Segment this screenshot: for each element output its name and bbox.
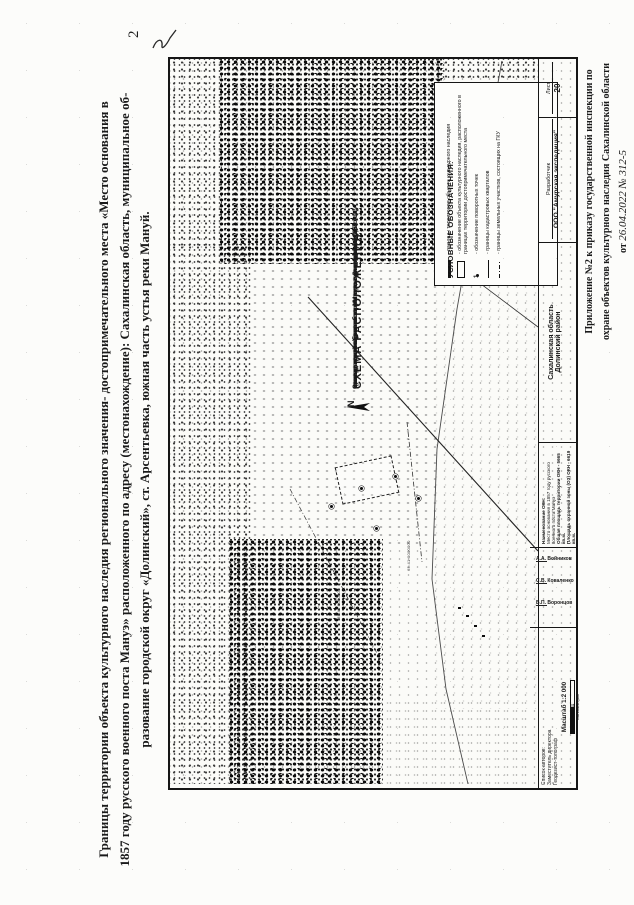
appendix-line2: охране объектов культурного наследия Сах… [599,55,616,348]
appendix-handwritten-date: 26.04.2022 [617,191,629,241]
scale-tick-max: 0,1 [570,704,576,711]
turning-point [360,487,363,490]
pen-mark [150,26,180,54]
quarter-line-symbol [485,254,492,278]
building-mark [466,615,469,617]
cadastral-number-label2: 65:41:0000000 [336,575,341,619]
parcel-dashdot-symbol [496,254,503,278]
role-geodesist: Геодезист-топограф [553,629,559,785]
sheet-cell: Лист 20 [546,62,562,114]
authors-scale-cell: Список авторов: Заместитель директора Ге… [541,629,581,785]
appendix-line3: от 26.04.2022 № 312-5 [615,55,633,348]
titleblock-divider [530,547,576,548]
appendix-line1: Приложение №2 к приказу государственной … [582,55,599,348]
sheet-label: Лист [546,62,553,114]
legend-item: - обозначение объекта культурного наслед… [457,88,470,278]
scanned-document-page: { "page": { "number": "2" }, "appendix":… [0,0,634,905]
building-mark [474,625,477,627]
titleblock-border [538,59,539,788]
titleblock-divider [538,442,576,443]
schema-line: Сахалинской области [352,317,360,389]
sheet-number: 20 [553,62,562,114]
turning-point [375,527,378,530]
cadastral-number-label: 65:41:0000000 [406,527,411,571]
north-arrow: N [346,390,372,424]
legend-item: - границы земельных участков, состоящих … [496,88,503,278]
building-mark [482,635,485,637]
boundary-line [308,297,538,551]
okn-info-cell: Наименование ОКН: Место основания в 1857… [541,445,576,544]
location-cell: Сахалинская область Долинский район [548,247,562,437]
object-rect-symbol [457,254,464,278]
page-number: 2 [126,16,143,38]
turning-point [417,497,420,500]
turning-point [330,505,333,508]
north-label: N [346,401,356,408]
appendix-handwritten-number: № 312-5 [617,150,629,189]
document-title-line1: Границы территории объекта культурного н… [94,57,115,902]
legend-item: - границы кадастровых кварталов [485,88,492,278]
developer-cell: Разработчик ООО "Амурская экспедиция" [546,119,560,239]
turning-point-symbol: 1 [474,254,481,278]
titleblock-divider [530,627,576,628]
legend-title: УСЛОВНЫЕ ОБОЗНАЧЕНИЯ: [446,161,455,278]
building-mark [458,607,461,609]
developer-label: Разработчик [546,119,553,239]
legend-content: УСЛОВНЫЕ ОБОЗНАЧЕНИЯ: - границы территор… [446,88,507,278]
scale-label: Масштаб 1:2 000 [561,629,568,785]
district-label: Долинский район [555,247,562,437]
region-label: Сахалинская область [548,247,555,437]
scale-units: километры [575,629,581,785]
legend-item: 1 - обозначение поворотных точек [474,88,481,278]
document-title-line3: разование городской округ «Долинский», с… [135,57,156,902]
okn-name: Место основания в 1857 году русского вое… [546,445,556,544]
appendix-header: Приложение №2 к приказу государственной … [582,55,633,348]
map-sheet: 65:41:0000000 65:41:0000000 СХЕМА РАСПОЛ… [168,57,578,790]
turning-point [394,475,397,478]
titleblock-divider [538,117,576,118]
okn-area-protect: Площадь охранной зоны (ОЗ) ОКН - 6619 кв… [566,445,576,544]
document-title: Границы территории объекта культурного н… [94,57,156,902]
titleblock-divider [538,242,576,243]
document-title-line2: 1857 году русского военного поста Мануэ»… [115,57,136,902]
cadastral-dashdot-line2 [290,489,380,659]
okn-area-total: Общая площадь территории ОКН - 5665 кв.м… [556,445,566,544]
appendix-from-label: от [618,243,629,253]
developer-name: ООО "Амурская экспедиция" [553,119,560,239]
